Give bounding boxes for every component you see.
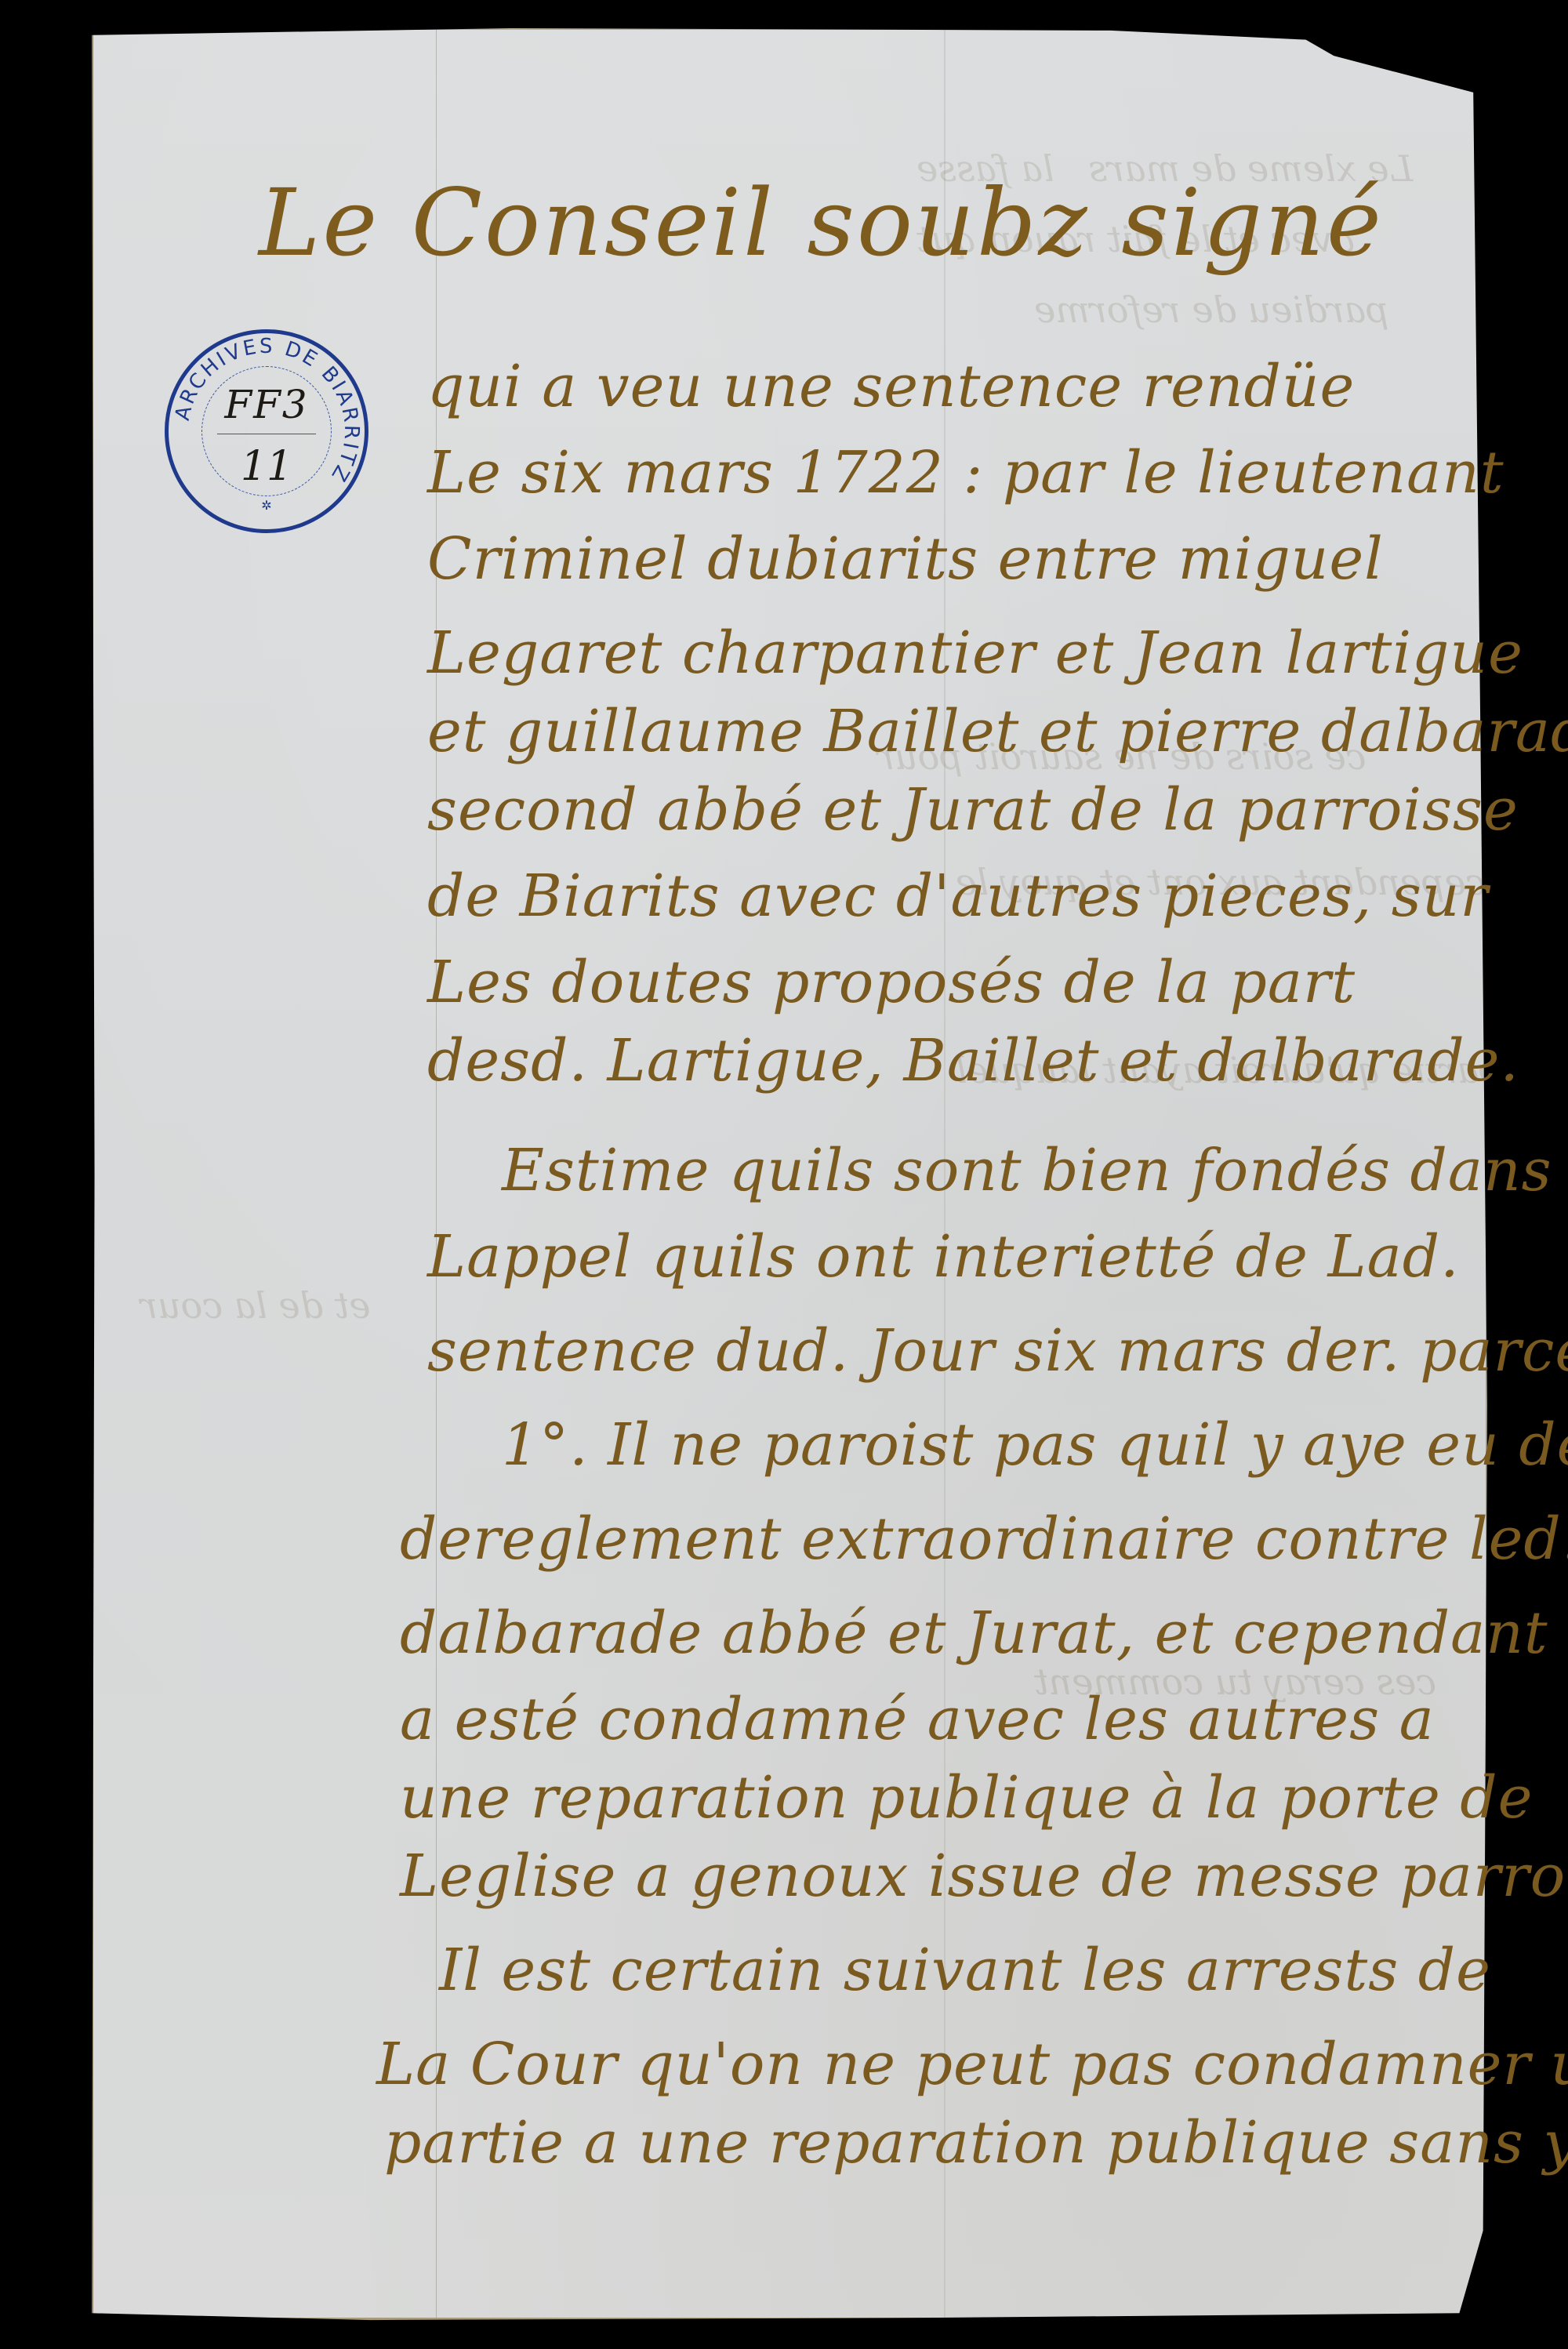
manuscript-line: Estime quils sont bien fondés dans <box>502 1137 1552 1204</box>
manuscript-line: Il est certain suivant les arrests de <box>439 1937 1491 2004</box>
manuscript-line: qui a veu une sentence rendüe <box>427 353 1355 420</box>
manuscript-line: Criminel dubiarits entre miguel <box>427 525 1384 593</box>
manuscript-line: et guillaume Baillet et pierre dalbarade <box>427 698 1568 765</box>
manuscript-line: de Biarits avec d'autres pieces, sur <box>427 862 1489 930</box>
manuscript-line: dalbarade abbé et Jurat, et cependant il <box>400 1599 1568 1667</box>
manuscript-line: Le six mars 1722 : par le lieutenant <box>427 439 1504 506</box>
manuscript-line: Les doutes proposés de la part <box>427 949 1356 1016</box>
manuscript-line: 1°. Il ne paroist pas quil y aye eu de <box>502 1411 1568 1479</box>
manuscript-line: desd. Lartigue, Baillet et dalbarade. <box>427 1027 1519 1095</box>
manuscript-line: second abbé et Jurat de la parroisse <box>427 776 1519 844</box>
manuscript-line: dereglement extraordinaire contre led. <box>400 1505 1568 1573</box>
manuscript-line: Leglise a genoux issue de messe parroiss… <box>400 1843 1568 1910</box>
manuscript-line: une reparation publique à la porte de <box>400 1764 1533 1832</box>
manuscript-text: Le Conseil soubz signé qui a veu une sen… <box>0 0 1568 2349</box>
manuscript-line: sentence dud. Jour six mars der. parce q… <box>427 1317 1568 1385</box>
manuscript-heading: Le Conseil soubz signé <box>259 169 1384 277</box>
manuscript-line: Legaret charpantier et Jean lartigue <box>427 619 1523 687</box>
manuscript-line: a esté condamné avec les autres a <box>400 1686 1435 1753</box>
manuscript-line: partie a une reparation publique sans y <box>384 2109 1568 2177</box>
manuscript-line: Lappel quils ont interietté de Lad. <box>427 1223 1460 1291</box>
manuscript-line: La Cour qu'on ne peut pas condamner une <box>376 2031 1568 2098</box>
